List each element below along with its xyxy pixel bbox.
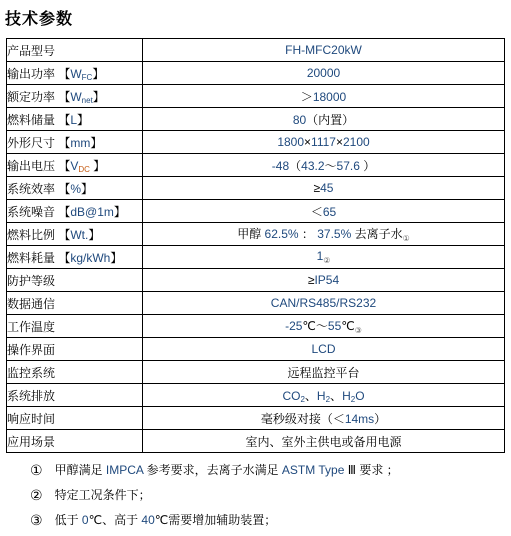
text-segment: mm [70, 136, 90, 150]
text-segment: H [342, 389, 351, 403]
text-segment: 62.5% [265, 227, 299, 241]
spec-label-cell: 输出功率 【WFC】 [7, 62, 143, 85]
table-row: 燃料耗量 【kg/kWh】1② [7, 246, 505, 269]
text-segment: Ⅲ 要求 ； [344, 463, 398, 477]
text-segment: 80 [293, 113, 306, 127]
text-segment: LCD [311, 342, 335, 356]
text-segment: 低于 [55, 513, 82, 527]
spec-value-cell: ≥45 [143, 177, 505, 200]
text-segment: 额定功率 【 [7, 90, 70, 104]
spec-value-cell: 1800×1117×2100 [143, 131, 505, 154]
spec-label-cell: 系统排放 [7, 384, 143, 407]
text-segment: 40 [141, 513, 154, 527]
text-segment: 输出电压 【 [7, 159, 70, 173]
text-segment: ： [299, 227, 318, 241]
text-segment: 】 [93, 90, 105, 104]
spec-label-cell: 应用场景 [7, 430, 143, 453]
text-segment: % [70, 182, 81, 196]
text-segment: 1800 [277, 135, 304, 149]
text-segment: 37.5% [317, 227, 351, 241]
table-row: 输出电压 【VDC 】-48（43.2～57.6 ） [7, 154, 505, 177]
table-row: 外形尺寸 【mm】1800×1117×2100 [7, 131, 505, 154]
spec-value-cell: -48（43.2～57.6 ） [143, 154, 505, 177]
text-segment: 特定工况条件下； [55, 488, 151, 502]
text-segment: 燃料耗量 【 [7, 251, 70, 265]
table-row: 操作界面LCD [7, 338, 505, 361]
text-segment: 响应时间 [7, 412, 55, 426]
page-title: 技术参数 [5, 6, 511, 29]
text-segment: 系统效率 【 [7, 182, 70, 196]
footnote-item: ③低于 0℃、高于 40℃需要增加辅助装置； [30, 512, 511, 528]
text-segment: 甲醇满足 [55, 463, 106, 477]
text-segment: CO [282, 389, 300, 403]
text-segment: 监控系统 [7, 366, 55, 380]
table-row: 产品型号FH-MFC20kW [7, 39, 505, 62]
text-segment: 2100 [343, 135, 370, 149]
spec-label-cell: 系统噪音 【dB@1m】 [7, 200, 143, 223]
text-segment: 燃料比例 【 [7, 228, 70, 242]
table-row: 系统排放CO2、H2、H2O [7, 384, 505, 407]
table-row: 输出功率 【WFC】20000 [7, 62, 505, 85]
text-segment: 57.6 [337, 159, 360, 173]
spec-value-cell: 远程监控平台 [143, 361, 505, 384]
text-segment: ℃、高于 [89, 513, 142, 527]
footnote-text: 甲醇满足 IMPCA 参考要求，去离子水满足 ASTM Type Ⅲ 要求 ； [55, 462, 399, 478]
text-segment: 】 [88, 228, 100, 242]
text-segment: ＞ [301, 90, 313, 104]
text-segment: ② [323, 256, 330, 265]
text-segment: IMPCA [106, 463, 143, 477]
text-segment: 产品型号 [7, 44, 55, 58]
text-segment: 外形尺寸 【 [7, 136, 70, 150]
text-segment: 甲醇 [237, 227, 264, 241]
text-segment: 、 [330, 389, 342, 403]
spec-label-cell: 响应时间 [7, 407, 143, 430]
table-row: 燃料比例 【Wt.】甲醇 62.5% ： 37.5% 去离子水① [7, 223, 505, 246]
text-segment: 20000 [307, 66, 340, 80]
text-segment: Wt. [70, 228, 88, 242]
text-segment: -48 [272, 159, 289, 173]
text-segment: 防护等级 [7, 274, 55, 288]
spec-value-cell: CAN/RS485/RS232 [143, 292, 505, 315]
spec-value-cell: -25℃～55℃③ [143, 315, 505, 338]
spec-label-cell: 数据通信 [7, 292, 143, 315]
text-segment: （内置） [306, 113, 354, 127]
table-row: 燃料储量 【L】80（内置） [7, 108, 505, 131]
spec-value-cell: CO2、H2、H2O [143, 384, 505, 407]
text-segment: H [317, 389, 326, 403]
spec-table: 产品型号FH-MFC20kW输出功率 【WFC】20000额定功率 【Wnet】… [6, 38, 505, 453]
footnote-marker: ① [30, 462, 43, 478]
text-segment: ～ [325, 159, 337, 173]
text-segment: 应用场景 [7, 435, 55, 449]
text-segment: 1117 [311, 135, 336, 149]
text-segment: 、 [305, 389, 317, 403]
text-segment: × [336, 135, 343, 149]
spec-value-cell: 毫秒级对接（＜14ms） [143, 407, 505, 430]
spec-label-cell: 防护等级 [7, 269, 143, 292]
table-row: 监控系统远程监控平台 [7, 361, 505, 384]
table-row: 系统效率 【%】≥45 [7, 177, 505, 200]
footnote-text: 低于 0℃、高于 40℃需要增加辅助装置； [55, 512, 277, 528]
spec-label-cell: 产品型号 [7, 39, 143, 62]
spec-value-cell: 室内、室外主供电或备用电源 [143, 430, 505, 453]
table-row: 响应时间毫秒级对接（＜14ms） [7, 407, 505, 430]
text-segment: 0 [82, 513, 89, 527]
text-segment: FC [82, 73, 93, 82]
spec-label-cell: 外形尺寸 【mm】 [7, 131, 143, 154]
footnote-marker: ② [30, 487, 43, 503]
text-segment: -25 [285, 319, 302, 333]
text-segment: W [70, 67, 81, 81]
text-segment: ℃需要增加辅助装置； [155, 513, 276, 527]
spec-label-cell: 系统效率 【%】 [7, 177, 143, 200]
table-row: 应用场景室内、室外主供电或备用电源 [7, 430, 505, 453]
text-segment: 14ms [345, 412, 374, 426]
spec-label-cell: 操作界面 [7, 338, 143, 361]
text-segment: 系统排放 [7, 389, 55, 403]
text-segment: net [82, 96, 93, 105]
text-segment: ③ [355, 326, 362, 335]
text-segment: 65 [323, 205, 336, 219]
spec-value-cell: 80（内置） [143, 108, 505, 131]
text-segment: 】 [110, 251, 122, 265]
text-segment: ＜ [311, 205, 323, 219]
text-segment: DC [78, 165, 90, 174]
text-segment: 室内、室外主供电或备用电源 [245, 435, 401, 449]
table-row: 防护等级≥IP54 [7, 269, 505, 292]
text-segment: × [304, 135, 311, 149]
spec-value-cell: 20000 [143, 62, 505, 85]
text-segment: 操作界面 [7, 343, 55, 357]
text-segment: 远程监控平台 [287, 366, 359, 380]
spec-value-cell: FH-MFC20kW [143, 39, 505, 62]
text-segment: ℃ [341, 319, 354, 333]
spec-value-cell: ＞18000 [143, 85, 505, 108]
text-segment: 】 [81, 182, 93, 196]
text-segment: IP54 [314, 273, 339, 287]
text-segment: 毫秒级对接（＜ [261, 412, 345, 426]
text-segment: FH-MFC20kW [285, 43, 362, 57]
text-segment: 参考要求，去离子水满足 [143, 463, 282, 477]
text-segment: 输出功率 【 [7, 67, 70, 81]
text-segment: 系统噪音 【 [7, 205, 70, 219]
spec-label-cell: 监控系统 [7, 361, 143, 384]
text-segment: 55 [328, 319, 341, 333]
table-row: 工作温度-25℃～55℃③ [7, 315, 505, 338]
spec-label-cell: 额定功率 【Wnet】 [7, 85, 143, 108]
text-segment: ） [374, 412, 386, 426]
text-segment: 】 [114, 205, 126, 219]
table-row: 数据通信CAN/RS485/RS232 [7, 292, 505, 315]
text-segment: 】 [90, 136, 102, 150]
text-segment: kg/kWh [70, 251, 110, 265]
spec-value-cell: 1② [143, 246, 505, 269]
text-segment: 45 [320, 181, 333, 195]
spec-sheet-page: 技术参数 产品型号FH-MFC20kW输出功率 【WFC】20000额定功率 【… [0, 0, 511, 536]
footnote-marker: ③ [30, 512, 43, 528]
spec-label-cell: 燃料储量 【L】 [7, 108, 143, 131]
spec-value-cell: ≥IP54 [143, 269, 505, 292]
spec-label-cell: 燃料耗量 【kg/kWh】 [7, 246, 143, 269]
text-segment: 数据通信 [7, 297, 55, 311]
text-segment: 去离子水 [351, 227, 402, 241]
text-segment: 43.2 [301, 159, 324, 173]
spec-label-cell: 输出电压 【VDC 】 [7, 154, 143, 177]
table-row: 系统噪音 【dB@1m】＜65 [7, 200, 505, 223]
spec-table-body: 产品型号FH-MFC20kW输出功率 【WFC】20000额定功率 【Wnet】… [7, 39, 505, 453]
spec-label-cell: 工作温度 [7, 315, 143, 338]
text-segment: 】 [90, 159, 105, 173]
text-segment: 燃料储量 【 [7, 113, 70, 127]
text-segment: 】 [77, 113, 89, 127]
text-segment: 工作温度 [7, 320, 55, 334]
text-segment: ） [360, 159, 375, 173]
text-segment: dB@1m [70, 205, 114, 219]
text-segment: ASTM Type [282, 463, 344, 477]
spec-label-cell: 燃料比例 【Wt.】 [7, 223, 143, 246]
spec-value-cell: ＜65 [143, 200, 505, 223]
text-segment: ℃～ [302, 319, 327, 333]
footnote-item: ②特定工况条件下； [30, 487, 511, 503]
spec-value-cell: LCD [143, 338, 505, 361]
text-segment: 18000 [313, 90, 346, 104]
text-segment: CAN/RS485/RS232 [271, 296, 376, 310]
text-segment: （ [289, 159, 301, 173]
text-segment: W [70, 90, 81, 104]
text-segment: 】 [92, 67, 104, 81]
footnotes-section: ①甲醇满足 IMPCA 参考要求，去离子水满足 ASTM Type Ⅲ 要求 ；… [30, 462, 511, 528]
footnote-text: 特定工况条件下； [55, 487, 151, 503]
spec-value-cell: 甲醇 62.5% ： 37.5% 去离子水① [143, 223, 505, 246]
table-row: 额定功率 【Wnet】＞18000 [7, 85, 505, 108]
text-segment: O [355, 389, 364, 403]
text-segment: ① [403, 234, 410, 243]
footnote-item: ①甲醇满足 IMPCA 参考要求，去离子水满足 ASTM Type Ⅲ 要求 ； [30, 462, 511, 478]
